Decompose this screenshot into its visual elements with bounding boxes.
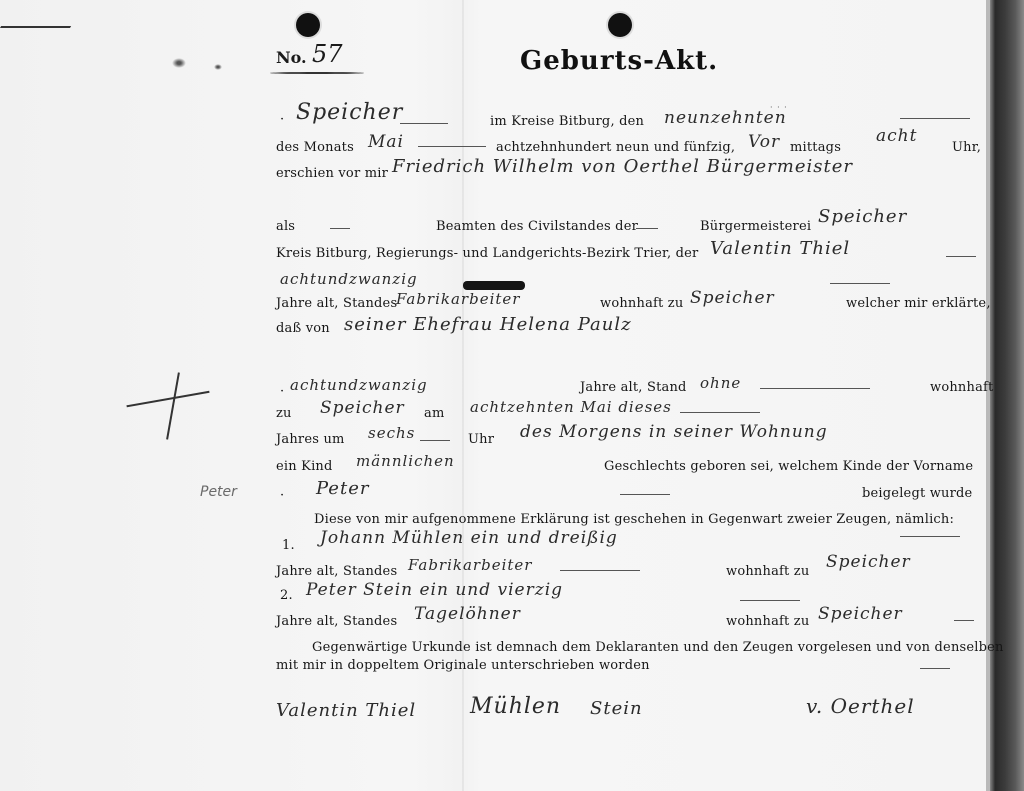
- witness1-occupation-field: Fabrikarbeiter: [408, 556, 532, 574]
- signature-witness2: Stein: [590, 698, 643, 719]
- witness2-occupation-field: Tagelöhner: [414, 604, 521, 624]
- mother-status-field: ohne: [700, 374, 741, 392]
- signature-witness1: Mühlen: [470, 694, 561, 719]
- record-number: 57: [312, 40, 343, 68]
- punch-hole-left: [296, 13, 320, 37]
- birth-date-field: achtzehnten Mai dieses: [470, 398, 672, 416]
- corner-pen-mark: [0, 0, 86, 28]
- declarant-age-field: achtundzwanzig: [280, 270, 418, 288]
- birth-hour-field: sechs: [368, 424, 415, 442]
- birth-place-field: Speicher: [320, 398, 405, 418]
- pencil-cross-icon: [166, 372, 180, 439]
- child-name-field: Peter: [316, 478, 369, 499]
- scanner-edge: [990, 0, 1024, 791]
- redaction-mark: [463, 281, 525, 290]
- registry-place-field: Speicher: [818, 206, 907, 227]
- signature-declarant: Valentin Thiel: [276, 700, 416, 721]
- ink-blot: [172, 58, 186, 68]
- number-underline: [270, 72, 364, 74]
- witness1-name-field: Johann Mühlen ein und dreißig: [320, 528, 618, 548]
- witness2-name-field: Peter Stein ein und vierzig: [306, 580, 563, 600]
- mother-name-field: seiner Ehefrau Helena Paulz: [344, 314, 632, 335]
- witness2-residence-field: Speicher: [818, 604, 903, 624]
- official-name-field: Friedrich Wilhelm von Oerthel Bürgermeis…: [392, 156, 853, 177]
- witness1-residence-field: Speicher: [826, 552, 911, 572]
- declarant-name-field: Valentin Thiel: [710, 238, 850, 259]
- place-field: Speicher: [296, 100, 403, 125]
- child-sex-field: männlichen: [356, 452, 455, 470]
- month-field: Mai: [368, 132, 404, 152]
- birth-time-place-field: des Morgens in seiner Wohnung: [520, 422, 828, 442]
- declarant-occupation-field: Fabrikarbeiter: [396, 290, 520, 308]
- declarant-residence-field: Speicher: [690, 288, 775, 308]
- document-title: Geburts-Akt.: [520, 46, 718, 76]
- ink-blot: [214, 64, 222, 70]
- day-field: neunzehnten: [664, 108, 787, 128]
- number-label: No.: [276, 48, 307, 67]
- document-page: No. 57 Geburts-Akt. Peter · Speicher im …: [0, 0, 1024, 791]
- pencil-cross-icon: [126, 391, 209, 408]
- signature-official: v. Oerthel: [806, 694, 915, 718]
- time-of-day-field: Vor: [748, 132, 780, 152]
- punch-hole-right: [608, 13, 632, 37]
- mother-age-field: achtundzwanzig: [290, 376, 428, 394]
- pencil-note-name: Peter: [200, 484, 237, 500]
- hour-field: acht: [876, 126, 917, 146]
